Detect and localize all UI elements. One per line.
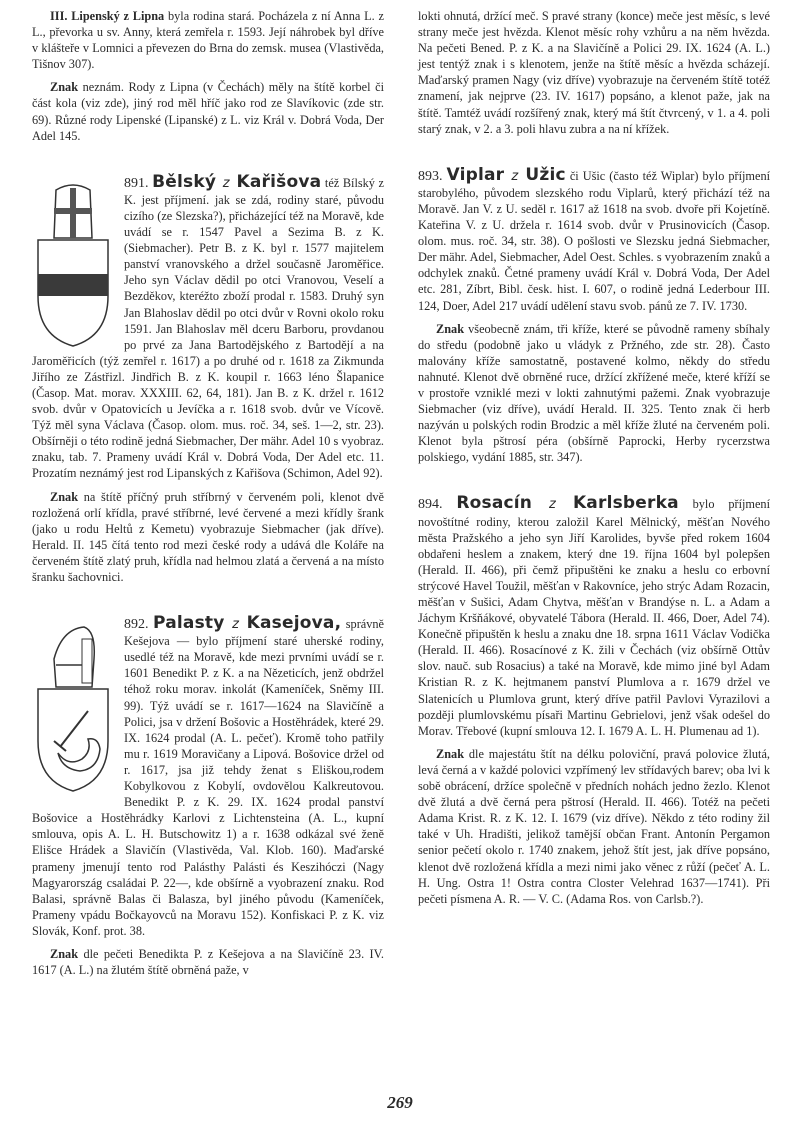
entry-number: 891. xyxy=(124,176,149,191)
entry-892: 892. Palasty z Kasejova, správně Ke xyxy=(32,615,384,978)
znak-label: Znak xyxy=(436,322,464,336)
entry-heading-paragraph: 891. Bělský z Kařišova též Bílský z K. j… xyxy=(32,174,384,482)
znak-paragraph: Znak dle pečeti Benedikta P. z Kešejova … xyxy=(32,946,384,978)
znak-label: Znak xyxy=(436,747,464,761)
znak-paragraph: Znak všeobecně znám, tři kříže, které se… xyxy=(418,321,770,466)
entry-893: 893. Viplar z Užic či Ušic (často též Wi… xyxy=(418,167,770,466)
znak-label: Znak xyxy=(50,490,78,504)
znak-paragraph: Znak neznám. Rody z Lipna (v Čechách) mě… xyxy=(32,79,384,143)
entry-894: 894. Rosacín z Karlsberka bylo příjmení … xyxy=(418,495,770,906)
coat-of-arms-arm-sword-icon xyxy=(32,619,114,794)
coat-of-arms-bar-icon xyxy=(32,178,114,348)
entry-name: Rosacín z Karlsberka xyxy=(456,493,678,513)
znak-text: dle pečeti Benedikta P. z Kešejova a na … xyxy=(32,947,384,977)
entry-number: 892. xyxy=(124,617,149,632)
znak-paragraph: Znak na štítě příčný pruh stříbrný v čer… xyxy=(32,489,384,586)
entry-lead-name: Lipenský z Lipna xyxy=(71,9,164,23)
entry-891: 891. Bělský z Kařišova též Bílský z K. j… xyxy=(32,174,384,585)
entry-heading-paragraph: 892. Palasty z Kasejova, správně Ke xyxy=(32,615,384,939)
entry-lead-number: III. xyxy=(50,9,67,23)
entry-number: 893. xyxy=(418,169,443,184)
entry-name: Bělský z Kařišova xyxy=(152,172,321,192)
entry-paragraph: III. Lipenský z Lipna byla rodina stará.… xyxy=(32,8,384,72)
entry-890-tail: III. Lipenský z Lipna byla rodina stará.… xyxy=(32,8,384,144)
entry-name: Palasty z Kasejova, xyxy=(153,613,341,633)
entry-heading-paragraph: 894. Rosacín z Karlsberka bylo příjmení … xyxy=(418,495,770,738)
znak-text: všeobecně znám, tři kříže, které se půvo… xyxy=(418,322,770,465)
left-column: III. Lipenský z Lipna byla rodina stará.… xyxy=(32,8,384,978)
entry-number: 894. xyxy=(418,497,443,512)
znak-text: dle majestátu štít na délku poloviční, p… xyxy=(418,747,770,906)
znak-text: na štítě příčný pruh stříbrný v červeném… xyxy=(32,490,384,584)
znak-label: Znak xyxy=(50,947,78,961)
znak-text: neznám. Rody z Lipna (v Čechách) měly na… xyxy=(32,80,384,142)
entry-heading-paragraph: 893. Viplar z Užic či Ušic (často též Wi… xyxy=(418,167,770,314)
entry-text: bylo příjmení novoštítné rodiny, kterou … xyxy=(418,497,770,737)
entry-text: či Ušic (často též Wiplar) bylo příjmení… xyxy=(418,169,770,313)
znak-label: Znak xyxy=(50,80,78,94)
entry-892-continuation: lokti ohnutá, držící meč. S pravé strany… xyxy=(418,8,770,137)
entry-name: Viplar z Užic xyxy=(447,165,566,185)
right-column: lokti ohnutá, držící meč. S pravé strany… xyxy=(418,8,770,907)
znak-paragraph: Znak dle majestátu štít na délku polovič… xyxy=(418,746,770,907)
entry-text: lokti ohnutá, držící meč. S pravé strany… xyxy=(418,8,770,137)
page-number: 269 xyxy=(0,1093,800,1113)
